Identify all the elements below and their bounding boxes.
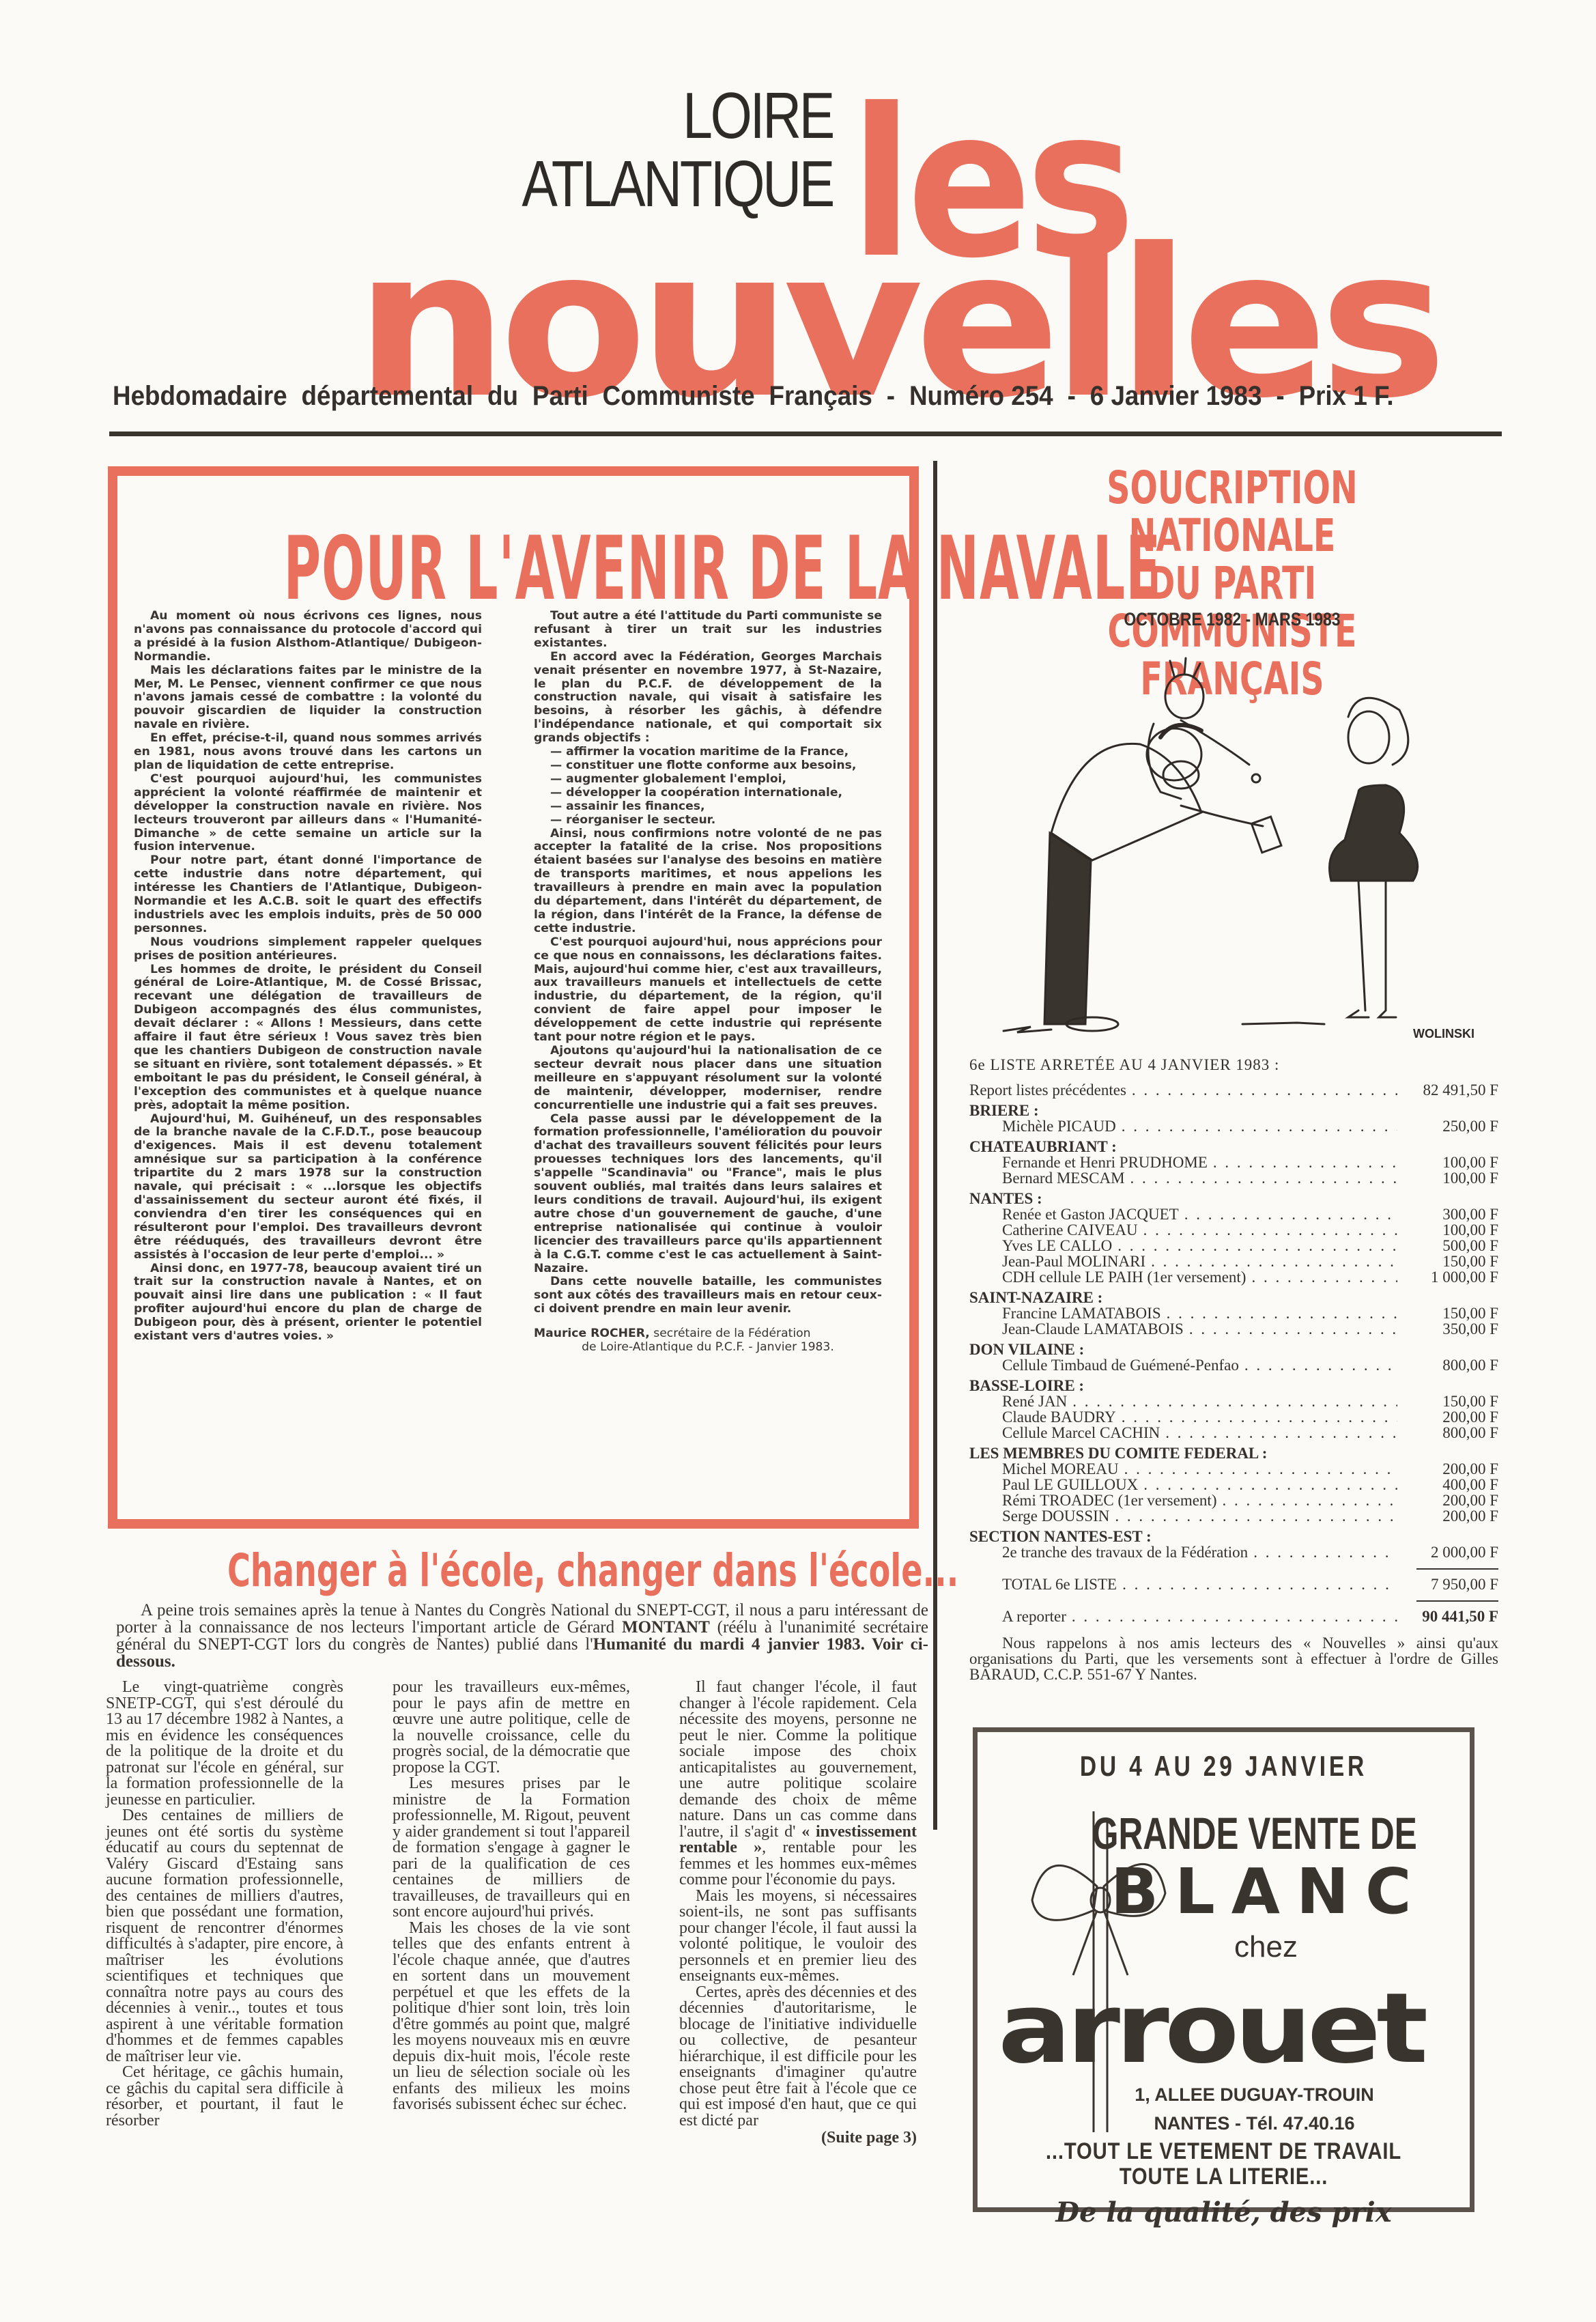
donation-amount: 1 000,00 F	[1403, 1269, 1498, 1285]
leader-dots	[1117, 1238, 1397, 1254]
subtitle-word: Français	[769, 381, 872, 412]
subscription-period: OCTOBRE 1982 - MARS 1983	[1009, 609, 1456, 630]
donation-amount: 400,00 F	[1403, 1477, 1498, 1492]
paragraph: Il faut changer l'école, il faut changer…	[679, 1680, 917, 1888]
donor-name: 2e tranche des travaux de la Fédération	[969, 1544, 1248, 1560]
donation-amount: 150,00 F	[1403, 1393, 1498, 1409]
list-row: Claude BAUDRY200,00 F	[969, 1409, 1498, 1425]
carry-amount: 90 441,50 F	[1403, 1609, 1498, 1624]
donation-amount: 100,00 F	[1403, 1222, 1498, 1238]
list-row-carry: A reporter90 441,50 F	[969, 1609, 1498, 1624]
title-line: DU PARTI COMMUNISTE	[1043, 560, 1421, 655]
paragraph: Certes, après des décennies et des décen…	[679, 1985, 917, 2129]
column-divider	[933, 461, 937, 1830]
paragraph-text: Il faut changer l'école, il faut changer…	[679, 1678, 917, 1841]
sum-rule	[1416, 1568, 1498, 1570]
city-phone: NANTES - Tél. 47.40.16	[1039, 2109, 1470, 2138]
list-row: Bernard MESCAM100,00 F	[969, 1170, 1498, 1186]
leader-dots	[1189, 1321, 1397, 1337]
row-amount: 82 491,50 F	[1403, 1082, 1498, 1098]
leader-dots	[1122, 1576, 1397, 1592]
leader-dots	[1251, 1269, 1397, 1285]
leader-dots	[1213, 1155, 1397, 1170]
donor-name: Yves LE CALLO	[969, 1238, 1112, 1254]
continued-on-page-link[interactable]: (Suite page 3)	[679, 2130, 917, 2147]
donation-amount: 200,00 F	[1403, 1461, 1498, 1477]
intro-paragraph: A peine trois semaines après la tenue à …	[116, 1602, 928, 1670]
leader-dots	[1115, 1508, 1397, 1524]
list-row: Paul LE GUILLOUX400,00 F	[969, 1477, 1498, 1492]
school-article-column-2: pour les travailleurs eux-mêmes, pour le…	[393, 1680, 630, 2113]
total-label: TOTAL 6e LISTE	[969, 1576, 1117, 1592]
subtitle-word: Parti	[532, 381, 588, 412]
paragraph: C'est pourquoi aujourd'hui, les communis…	[134, 773, 482, 854]
school-article-title: Changer à l'école, changer dans l'école.…	[227, 1544, 810, 1597]
group-header: LES MEMBRES DU COMITE FEDERAL :	[969, 1445, 1498, 1461]
list-row: Cellule Marcel CACHIN800,00 F	[969, 1425, 1498, 1441]
paragraph: Nous voudrions simplement rappeler quelq…	[134, 936, 482, 963]
subtitle-word: Hebdomadaire	[113, 381, 287, 412]
sum-rule	[1416, 1600, 1498, 1602]
list-row-total: TOTAL 6e LISTE7 950,00 F	[969, 1576, 1498, 1592]
paragraph: Des centaines de milliers de jeunes ont …	[106, 1808, 343, 2065]
donation-amount: 800,00 F	[1403, 1425, 1498, 1441]
row-label: Report listes précédentes	[969, 1082, 1126, 1098]
donor-name: Rémi TROADEC (1er versement)	[969, 1492, 1216, 1508]
store-brand-logo: arrouet	[998, 1988, 1424, 2070]
school-article-intro: A peine trois semaines après la tenue à …	[116, 1602, 928, 1670]
region-name: LOIRE ATLANTIQUE	[464, 82, 833, 218]
group-header: BRIERE :	[969, 1103, 1498, 1118]
leader-dots	[1143, 1222, 1397, 1238]
leader-dots	[1132, 1082, 1397, 1098]
donor-name: Jean-Paul MOLINARI	[969, 1254, 1145, 1269]
objective-item: affirmer la vocation maritime de la Fran…	[550, 746, 882, 759]
issue-number: Numéro 254	[909, 381, 1053, 412]
slogan-line: ...TOUT LE VETEMENT DE TRAVAIL	[1012, 2139, 1435, 2164]
leader-dots	[1143, 1477, 1397, 1492]
paragraph: Les mesures prises par le ministre de la…	[393, 1776, 630, 1921]
leader-dots	[1253, 1544, 1397, 1560]
author-role: secrétaire de la Fédération	[650, 1327, 811, 1340]
store-slogan: ...TOUT LE VETEMENT DE TRAVAIL TOUTE LA …	[1012, 2139, 1435, 2190]
issue-price: Prix 1 F.	[1299, 381, 1394, 412]
lead-article-column-2: Tout autre a été l'attitude du Parti com…	[534, 610, 882, 1355]
donation-amount: 150,00 F	[1403, 1254, 1498, 1269]
donation-amount: 300,00 F	[1403, 1206, 1498, 1222]
leader-dots	[1072, 1393, 1397, 1409]
paragraph: C'est pourquoi aujourd'hui, nous appréci…	[534, 936, 882, 1045]
leader-dots	[1130, 1170, 1397, 1186]
objective-item: augmenter globalement l'emploi,	[550, 773, 882, 787]
paragraph: Dans cette nouvelle bataille, les commun…	[534, 1275, 882, 1316]
donation-amount: 100,00 F	[1403, 1170, 1498, 1186]
paragraph: Cela passe aussi par le développement de…	[534, 1113, 882, 1276]
list-row: Francine LAMATABOIS150,00 F	[969, 1305, 1498, 1321]
lead-article-column-1: Au moment où nous écrivons ces lignes, n…	[134, 610, 482, 1344]
donation-amount: 200,00 F	[1403, 1492, 1498, 1508]
donor-name: Bernard MESCAM	[969, 1170, 1125, 1186]
list-row: Serge DOUSSIN200,00 F	[969, 1508, 1498, 1524]
donor-name: Fernande et Henri PRUDHOME	[969, 1155, 1208, 1170]
leader-dots	[1124, 1461, 1397, 1477]
paragraph: Tout autre a été l'attitude du Parti com…	[534, 610, 882, 651]
list-row: Yves LE CALLO500,00 F	[969, 1238, 1498, 1254]
leader-dots	[1151, 1254, 1397, 1269]
paragraph: Ainsi donc, en 1977-78, beaucoup avaient…	[134, 1262, 482, 1344]
paragraph: Ainsi, nous confirmions notre volonté de…	[534, 827, 882, 936]
donor-name: CDH cellule LE PAIH (1er versement)	[969, 1269, 1246, 1285]
sale-chez: chez	[1234, 1930, 1298, 1964]
subtitle-word: du	[487, 381, 518, 412]
donor-name: René JAN	[969, 1393, 1067, 1409]
paragraph: Mais les moyens, si nécessaires soient-i…	[679, 1888, 917, 1985]
paragraph: Cet héritage, ce gâchis humain, ce gâchi…	[106, 2065, 343, 2129]
paragraph: Les hommes de droite, le président du Co…	[134, 963, 482, 1113]
donation-amount: 150,00 F	[1403, 1305, 1498, 1321]
donor-name: Catherine CAIVEAU	[969, 1222, 1138, 1238]
total-amount: 7 950,00 F	[1403, 1576, 1498, 1592]
author-name: Maurice ROCHER,	[534, 1327, 650, 1340]
paragraph: pour les travailleurs eux-mêmes, pour le…	[393, 1680, 630, 1776]
school-article-column-1: Le vingt-quatrième congrès SNETP-CGT, qu…	[106, 1680, 343, 2129]
article-signature: Maurice ROCHER, secrétaire de la Fédérat…	[534, 1327, 882, 1355]
paragraph: En accord avec la Fédération, Georges Ma…	[534, 651, 882, 746]
masthead-subtitle: Hebdomadaire départemental du Parti Comm…	[113, 381, 1394, 412]
donation-amount: 250,00 F	[1403, 1118, 1498, 1134]
paragraph: Mais les choses de la vie sont telles qu…	[393, 1921, 630, 2113]
sale-dates: DU 4 AU 29 JANVIER	[1027, 1750, 1421, 1783]
donation-amount: 800,00 F	[1403, 1357, 1498, 1373]
list-row: Michèle PICAUD250,00 F	[969, 1118, 1498, 1134]
list-row: Fernande et Henri PRUDHOME100,00 F	[969, 1155, 1498, 1170]
paragraph: En effet, précise-t-il, quand nous somme…	[134, 732, 482, 773]
donor-name: Francine LAMATABOIS	[969, 1305, 1161, 1321]
leader-dots	[1122, 1409, 1397, 1425]
list-row: Renée et Gaston JACQUET300,00 F	[969, 1206, 1498, 1222]
list-row: Jean-Paul MOLINARI150,00 F	[969, 1254, 1498, 1269]
donor-name: Serge DOUSSIN	[969, 1508, 1109, 1524]
subtitle-separator: -	[1068, 381, 1076, 412]
cartoon-illustration: WOLINSKI	[976, 655, 1495, 1045]
masthead-rule	[109, 431, 1502, 436]
list-row: Cellule Timbaud de Guémené-Penfao800,00 …	[969, 1357, 1498, 1373]
lead-article: POUR L'AVENIR DE LA NAVALE Au moment où …	[108, 466, 919, 1529]
subscription-list: 6e LISTE ARRETÉE AU 4 JANVIER 1983 : Rep…	[969, 1057, 1498, 1682]
list-row: Michel MOREAU200,00 F	[969, 1461, 1498, 1477]
leader-dots	[1184, 1206, 1397, 1222]
leader-dots	[1122, 1118, 1397, 1134]
intro-publication: Humanité	[593, 1635, 666, 1654]
list-row: 2e tranche des travaux de la Fédération2…	[969, 1544, 1498, 1560]
carry-label: A reporter	[969, 1609, 1066, 1624]
intro-author: MONTANT	[622, 1618, 710, 1637]
donation-amount: 2 000,00 F	[1403, 1544, 1498, 1560]
leader-dots	[1244, 1357, 1397, 1373]
title-line: SOUCRIPTION NATIONALE	[1043, 464, 1421, 560]
group-header: NANTES :	[969, 1191, 1498, 1206]
objective-item: constituer une flotte conforme aux besoi…	[550, 759, 882, 773]
donation-amount: 350,00 F	[1403, 1321, 1498, 1337]
list-heading: 6e LISTE ARRETÉE AU 4 JANVIER 1983 :	[969, 1057, 1498, 1073]
issue-date: 6 Janvier 1983	[1090, 381, 1262, 412]
donor-name: Renée et Gaston JACQUET	[969, 1206, 1179, 1222]
list-row: Catherine CAIVEAU100,00 F	[969, 1222, 1498, 1238]
payment-note: Nous rappelons à nos amis lecteurs des «…	[969, 1635, 1498, 1682]
leader-dots	[1165, 1425, 1397, 1441]
subtitle-separator: -	[1276, 381, 1284, 412]
school-article-column-3: Il faut changer l'école, il faut changer…	[679, 1680, 917, 2147]
list-row: Jean-Claude LAMATABOIS350,00 F	[969, 1321, 1498, 1337]
group-header: CHATEAUBRIANT :	[969, 1139, 1498, 1155]
list-row-report: Report listes précédentes82 491,50 F	[969, 1082, 1498, 1098]
donation-amount: 500,00 F	[1403, 1238, 1498, 1254]
donation-amount: 200,00 F	[1403, 1409, 1498, 1425]
group-header: SECTION NANTES-EST :	[969, 1529, 1498, 1544]
donor-name: Claude BAUDRY	[969, 1409, 1116, 1425]
cartoon-signature: WOLINSKI	[1413, 1027, 1474, 1040]
donor-name: Paul LE GUILLOUX	[969, 1477, 1138, 1492]
paragraph: Pour notre part, étant donné l'importanc…	[134, 854, 482, 935]
paragraph: Aujourd'hui, M. Guihéneuf, un des respon…	[134, 1113, 482, 1262]
donor-name: Cellule Marcel CACHIN	[969, 1425, 1160, 1441]
donor-name: Michèle PICAUD	[969, 1118, 1116, 1134]
paragraph: Ajoutons qu'aujourd'hui la nationalisati…	[534, 1045, 882, 1113]
donation-amount: 100,00 F	[1403, 1155, 1498, 1170]
list-row: René JAN150,00 F	[969, 1393, 1498, 1409]
store-address: 1, ALLEE DUGUAY-TROUIN NANTES - Tél. 47.…	[978, 2080, 1470, 2138]
advertisement: DU 4 AU 29 JANVIER GRANDE VENTE DE BLANC…	[973, 1727, 1474, 2212]
sale-product: BLANC	[1111, 1855, 1427, 1928]
masthead: LOIRE ATLANTIQUE les nouvelles Hebdomada…	[0, 0, 1596, 464]
objective-item: assainir les finances,	[550, 800, 882, 814]
subtitle-separator: -	[887, 381, 895, 412]
store-tagline: De la qualité, des prix	[978, 2196, 1470, 2228]
region-line-1: LOIRE	[464, 82, 833, 150]
group-header: SAINT-NAZAIRE :	[969, 1290, 1498, 1305]
objectives-list: affirmer la vocation maritime de la Fran…	[534, 746, 882, 827]
donation-amount: 200,00 F	[1403, 1508, 1498, 1524]
subtitle-word: Communiste	[603, 381, 755, 412]
leader-dots	[1072, 1609, 1397, 1624]
group-header: BASSE-LOIRE :	[969, 1378, 1498, 1393]
author-affiliation: de Loire-Atlantique du P.C.F. - Janvier …	[534, 1341, 882, 1355]
donor-name: Michel MOREAU	[969, 1461, 1119, 1477]
paragraph: Mais les déclarations faites par le mini…	[134, 664, 482, 733]
paragraph: Le vingt-quatrième congrès SNETP-CGT, qu…	[106, 1680, 343, 1808]
objective-item: développer la coopération internationale…	[550, 787, 882, 800]
subtitle-word: départemental	[302, 381, 474, 412]
leader-dots	[1167, 1305, 1397, 1321]
leader-dots	[1222, 1492, 1397, 1508]
slogan-line: TOUTE LA LITERIE...	[1012, 2164, 1435, 2190]
donor-name: Cellule Timbaud de Guémené-Penfao	[969, 1357, 1239, 1373]
paragraph: Au moment où nous écrivons ces lignes, n…	[134, 610, 482, 664]
list-row: Rémi TROADEC (1er versement)200,00 F	[969, 1492, 1498, 1508]
street-address: 1, ALLEE DUGUAY-TROUIN	[1039, 2080, 1470, 2109]
sale-headline: GRANDE VENTE DE	[1092, 1807, 1417, 1859]
lead-article-title: POUR L'AVENIR DE LA NAVALE	[284, 518, 743, 620]
donor-name: Jean-Claude LAMATABOIS	[969, 1321, 1184, 1337]
list-row: CDH cellule LE PAIH (1er versement)1 000…	[969, 1269, 1498, 1285]
group-header: DON VILAINE :	[969, 1342, 1498, 1357]
objective-item: réorganiser le secteur.	[550, 814, 882, 827]
